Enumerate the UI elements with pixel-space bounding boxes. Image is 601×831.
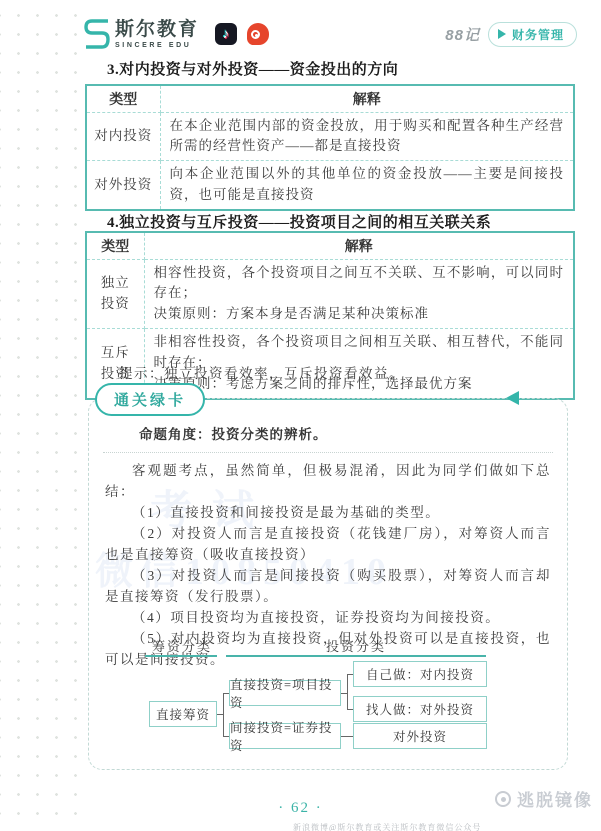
footer-fine-print: 新浪微博@斯尔教育或关注斯尔教育微信公众号 [293, 822, 481, 831]
col-header-explain: 解释 [160, 85, 574, 112]
course-badge: 财务管理 [488, 22, 577, 47]
course-badge-label: 财务管理 [512, 26, 564, 43]
node-direct-investment: 直接投资=项目投资 [229, 680, 341, 706]
paragraph: （2）对投资人而言是直接投资（花钱建厂房），对筹资人而言也是直接筹资（吸收直接投… [105, 523, 551, 565]
row-explain: 相容性投资，各个投资项目之间互不关联、互不影响，可以同时存在； 决策原则：方案本… [144, 259, 574, 329]
paragraph: （3）对投资人而言是间接投资（购买股票），对筹资人而言却是直接筹资（发行股票）。 [105, 565, 551, 607]
table-header-row: 类型 解释 [86, 232, 574, 259]
diagram-col-financing: 筹资分类 [147, 636, 217, 655]
table-row: 独立 投资 相容性投资，各个投资项目之间互不关联、互不影响，可以同时存在； 决策… [86, 259, 574, 329]
connector-line [347, 709, 353, 710]
table-row: 对外投资 向本企业范围以外的其他单位的资金投放——主要是间接投资，也可能是直接投… [86, 161, 574, 210]
mirror-watermark-icon [495, 791, 511, 807]
series-logo: 88记 [445, 24, 480, 45]
textbook-page: 考试 微信10850410 斯尔教育 SINCERE EDU ♪ 88记 财务管… [0, 0, 601, 831]
brand-subtitle: SINCERE EDU [115, 42, 199, 49]
table-header-row: 类型 解释 [86, 85, 574, 112]
page-header: 斯尔教育 SINCERE EDU ♪ 88记 财务管理 [84, 14, 577, 54]
investment-direction-table: 类型 解释 对内投资 在本企业范围内部的资金投放，用于购买和配置各种生产经营所需… [85, 84, 575, 211]
brand-text: 斯尔教育 SINCERE EDU [115, 20, 199, 49]
left-triangle-icon [506, 391, 519, 405]
paragraph: （4）项目投资均为直接投资，证券投资均为间接投资。 [105, 607, 551, 628]
green-pass-card: 通关绿卡 命题角度：投资分类的辨析。 客观题考点，虽然简单，但极易混淆，因此为同… [88, 398, 568, 770]
col-header-type: 类型 [86, 85, 160, 112]
weibo-icon [247, 23, 269, 45]
node-external-investment2: 对外投资 [353, 723, 487, 749]
exam-angle-title: 命题角度：投资分类的辨析。 [103, 423, 553, 453]
tip-text: 提示：独立投资看效率，互斥投资看效益。 [119, 362, 404, 382]
section3-heading: 3.对内投资与对外投资——资金投出的方向 [107, 58, 398, 79]
connector-line [341, 736, 353, 737]
diagram-col-investment: 投资分类 [226, 636, 486, 655]
col-header-explain: 解释 [144, 232, 574, 259]
brand-logo: 斯尔教育 SINCERE EDU [84, 19, 199, 49]
node-internal-investment: 自己做：对内投资 [353, 661, 487, 687]
green-card-badge: 通关绿卡 [95, 383, 205, 416]
classification-diagram: 筹资分类 投资分类 直接筹资 直接投资=项目投资 间接投资=证券投资 自己做：对… [89, 636, 565, 769]
underline [145, 655, 217, 657]
col-header-type: 类型 [86, 232, 144, 259]
connector-line [347, 674, 353, 675]
play-icon [498, 29, 506, 39]
row-explain: 向本企业范围以外的其他单位的资金投放——主要是间接投资，也可能是直接投资 [160, 161, 574, 210]
mirror-watermark-label: 逃脱镜像 [517, 786, 593, 811]
node-indirect-investment: 间接投资=证券投资 [229, 723, 341, 749]
mirror-watermark: 逃脱镜像 [495, 786, 593, 811]
sincere-s-logo-icon [84, 19, 110, 49]
node-external-investment: 找人做：对外投资 [353, 696, 487, 722]
connector-line [223, 736, 229, 737]
table-row: 对内投资 在本企业范围内部的资金投放，用于购买和配置各种生产经营所需的经营性资产… [86, 112, 574, 161]
connector-line [223, 693, 229, 694]
dot-grid-margin [0, 0, 80, 831]
row-type: 独立 投资 [86, 259, 144, 329]
row-explain: 在本企业范围内部的资金投放，用于购买和配置各种生产经营所需的经营性资产——都是直… [160, 112, 574, 161]
paragraph: （1）直接投资和间接投资是最为基础的类型。 [105, 502, 551, 523]
underline [226, 655, 486, 657]
section4-heading: 4.独立投资与互斥投资——投资项目之间的相互关联关系 [107, 211, 491, 232]
brand-name: 斯尔教育 [115, 20, 199, 39]
paragraph: 客观题考点，虽然简单，但极易混淆，因此为同学们做如下总结： [105, 460, 551, 502]
node-direct-financing: 直接筹资 [149, 701, 217, 727]
row-type: 对内投资 [86, 112, 160, 161]
header-right: 88记 财务管理 [445, 22, 577, 47]
connector-line [223, 693, 224, 737]
douyin-icon: ♪ [215, 23, 237, 45]
connector-line [347, 674, 348, 710]
row-type: 对外投资 [86, 161, 160, 210]
